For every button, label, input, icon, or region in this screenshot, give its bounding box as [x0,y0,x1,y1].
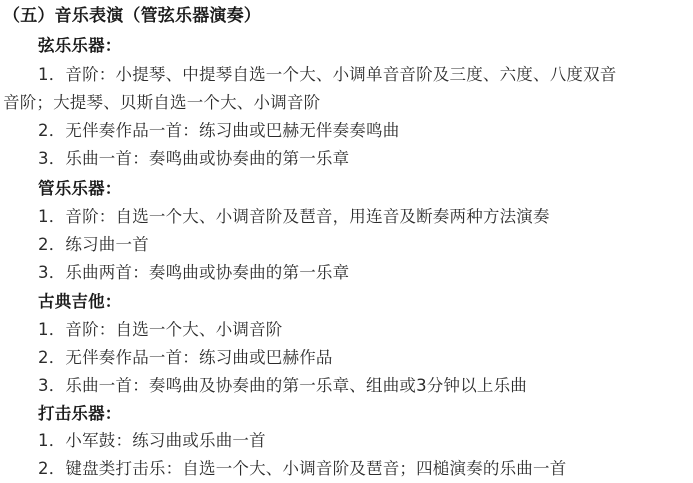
list-item: 1．音阶：自选一个大、小调音阶 [38,320,283,340]
section-heading-percussion: 打击乐器： [38,404,122,424]
section-heading-strings: 弦乐乐器： [38,36,122,56]
page-title: （五）音乐表演（管弦乐器演奏） [3,6,261,26]
list-item: 3．乐曲一首：奏鸣曲及协奏曲的第一乐章、组曲或3分钟以上乐曲 [38,376,527,396]
list-item: 1．音阶：小提琴、中提琴自选一个大、小调单音音阶及三度、六度、八度双音 [38,65,617,85]
section-heading-winds: 管乐乐器： [38,179,122,199]
list-item: 3．乐曲一首：奏鸣曲或协奏曲的第一乐章 [38,149,349,169]
list-item: 3．乐曲两首：奏鸣曲或协奏曲的第一乐章 [38,263,349,283]
list-item: 2．键盘类打击乐：自选一个大、小调音阶及琶音；四槌演奏的乐曲一首 [38,459,566,479]
list-item: 1．音阶：自选一个大、小调音阶及琶音，用连音及断奏两种方法演奏 [38,207,550,227]
list-item: 1．小军鼓：练习曲或乐曲一首 [38,431,266,451]
list-item: 2．无伴奏作品一首：练习曲或巴赫无伴奏奏鸣曲 [38,121,399,141]
list-item: 音阶；大提琴、贝斯自选一个大、小调音阶 [3,93,320,113]
list-item: 2．无伴奏作品一首：练习曲或巴赫作品 [38,348,333,368]
list-item: 2．练习曲一首 [38,235,149,255]
section-heading-classical-guitar: 古典吉他： [38,292,122,312]
